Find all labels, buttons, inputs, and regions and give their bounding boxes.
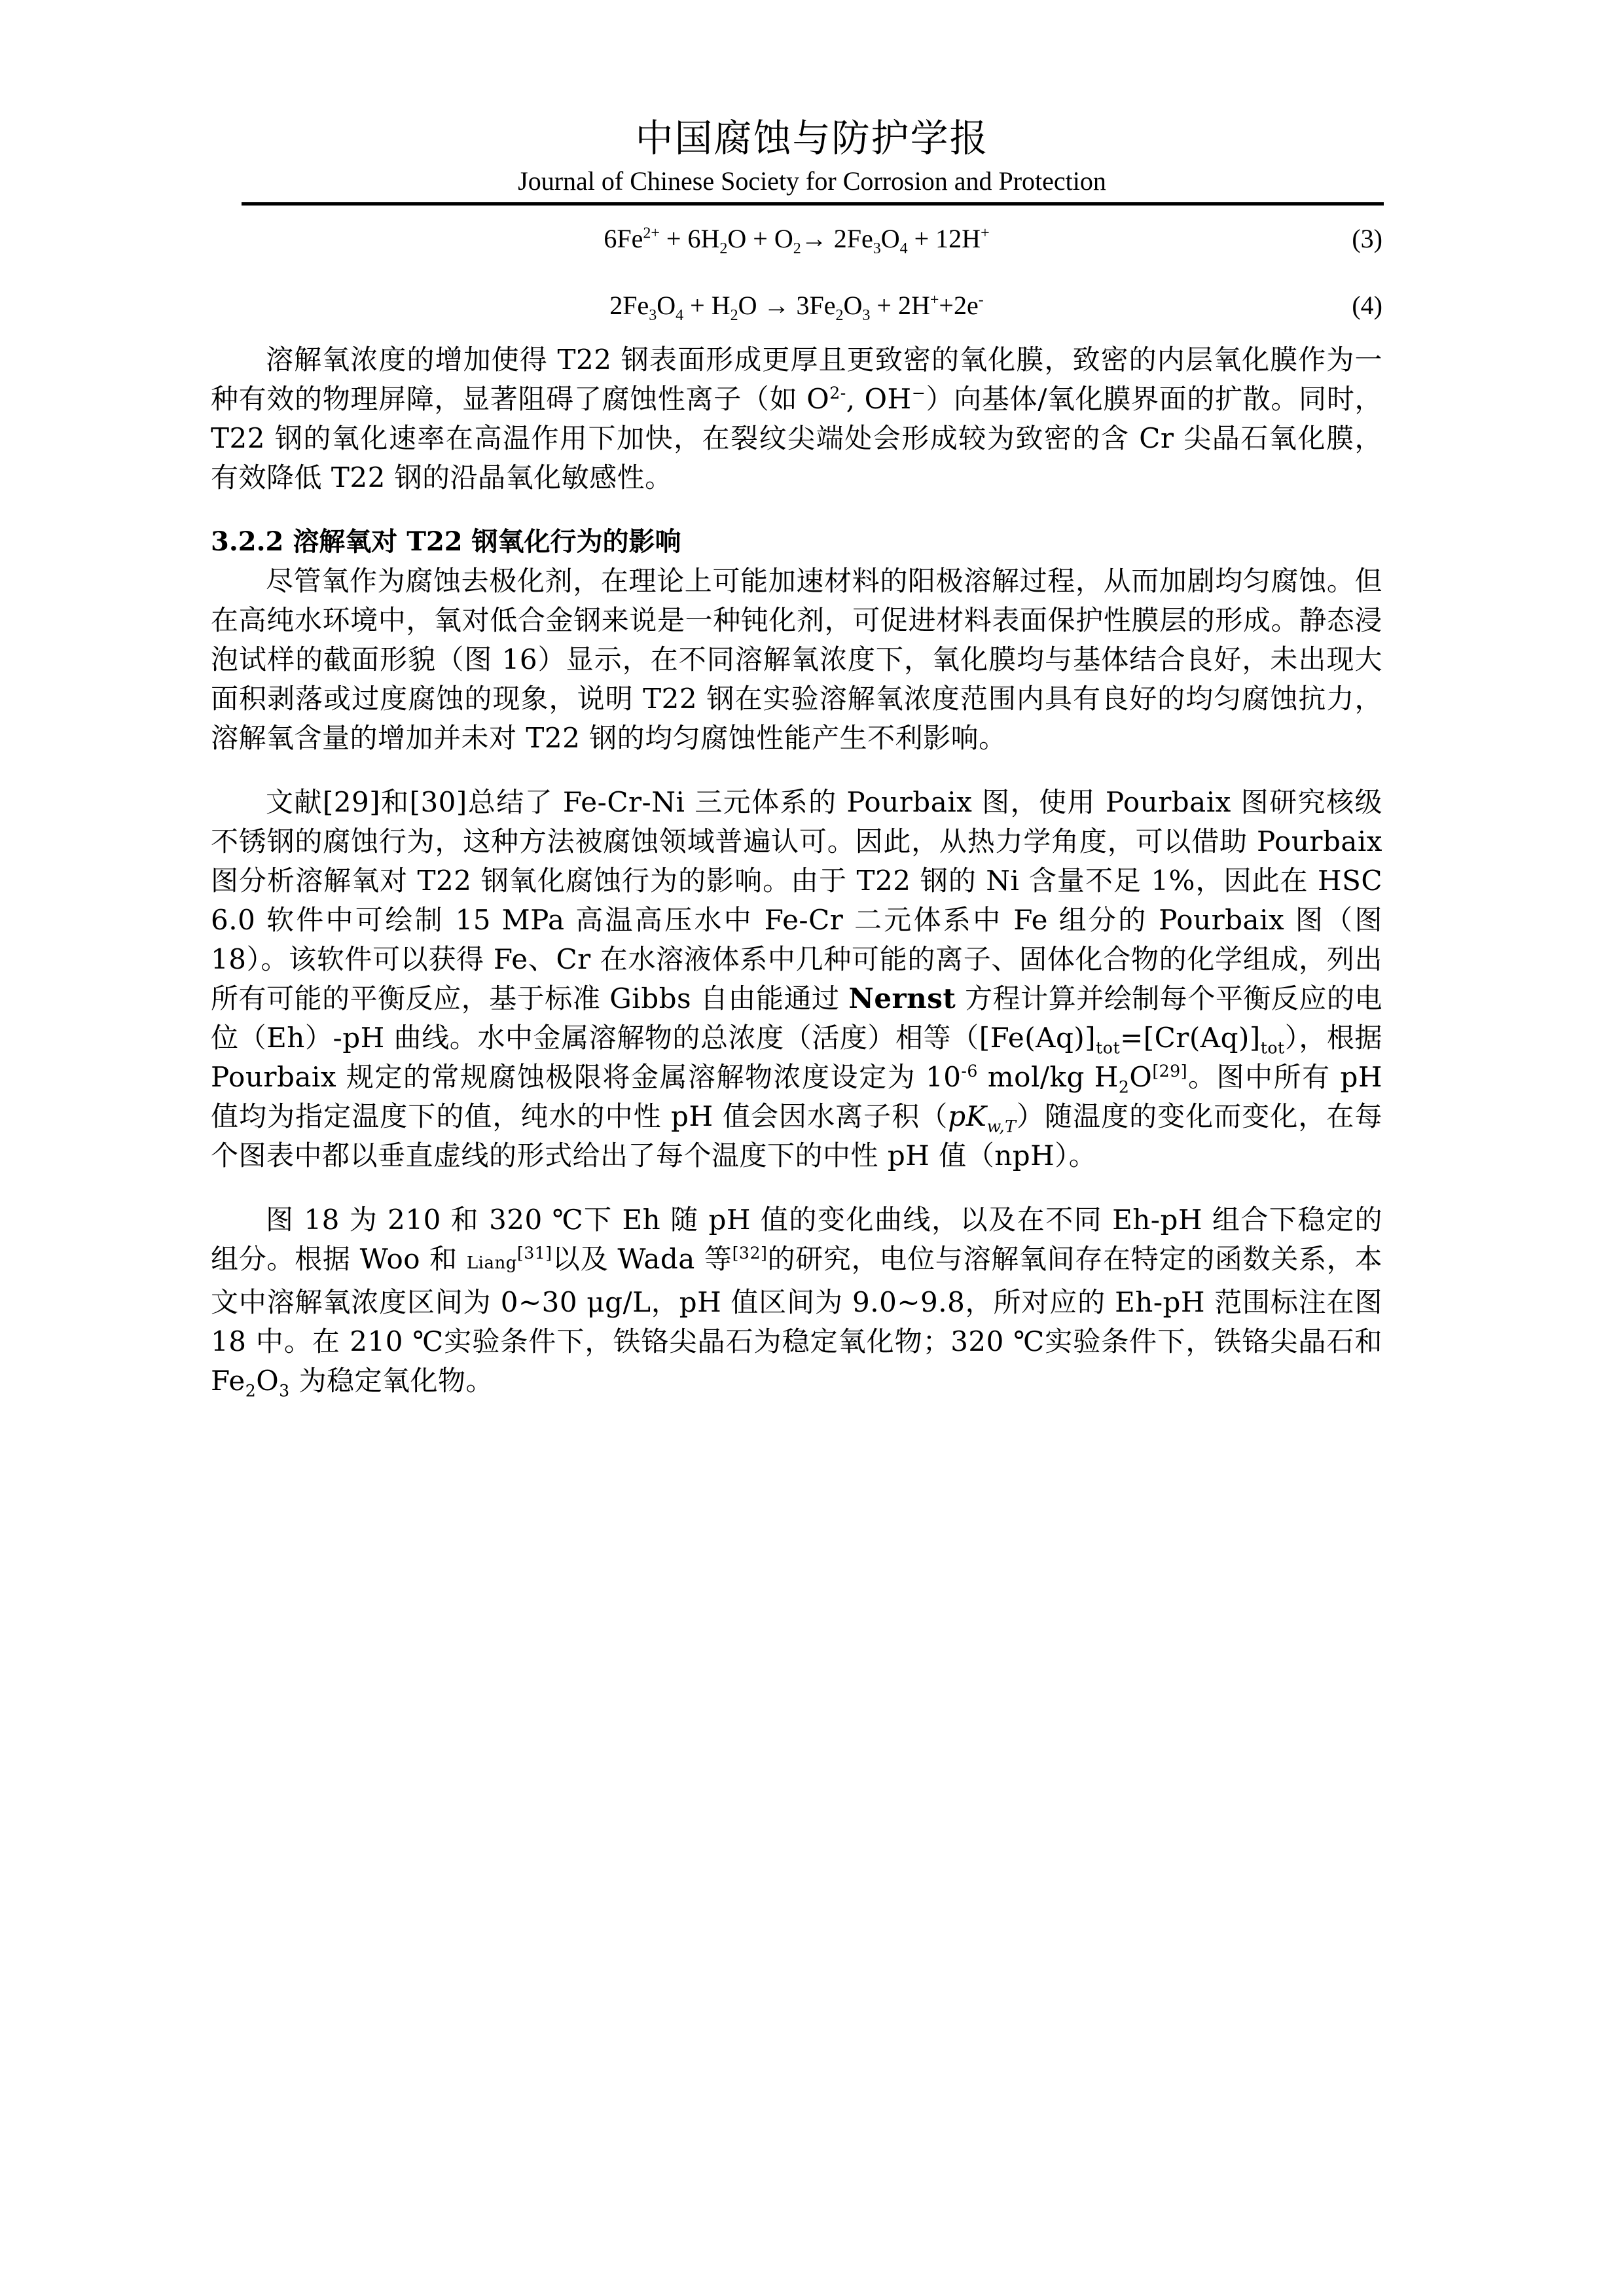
citation-31: [31] xyxy=(517,1244,552,1263)
paragraph-pourbaix-method: 文献[29]和[30]总结了 Fe-Cr-Ni 三元体系的 Pourbaix 图… xyxy=(211,783,1382,1175)
eq-text: + H xyxy=(683,291,730,320)
superscript: -6 xyxy=(961,1062,978,1081)
equation-number: (4) xyxy=(1352,286,1382,325)
pk-symbol: pK xyxy=(948,1100,986,1132)
text-run: 为稳定氧化物。 xyxy=(290,1365,494,1397)
eq-text: 2Fe xyxy=(609,291,649,320)
eq-text: O → 3Fe xyxy=(738,291,836,320)
journal-title-chinese: 中国腐蚀与防护学报 xyxy=(0,115,1624,161)
eq-sub: 4 xyxy=(900,240,908,257)
eq-text: + 6H xyxy=(660,224,719,253)
equation-number: (3) xyxy=(1352,219,1382,259)
header-divider xyxy=(242,202,1384,206)
text-run: O xyxy=(1129,1061,1152,1093)
eq-sub: 2 xyxy=(793,240,801,257)
equation-formula: 2Fe3O4 + H2O → 3Fe2O3 + 2H++2e- xyxy=(211,286,1382,325)
citation-32: [32] xyxy=(732,1244,768,1263)
superscript: − xyxy=(912,384,926,403)
subscript: 3 xyxy=(279,1381,290,1400)
text-run: =[Cr(Aq)] xyxy=(1120,1022,1261,1054)
eq-text: O + O xyxy=(727,224,793,253)
eq-sup: - xyxy=(979,292,984,309)
journal-title-english: Journal of Chinese Society for Corrosion… xyxy=(0,166,1624,197)
eq-text: O xyxy=(844,291,863,320)
eq-sub: 2 xyxy=(836,307,844,324)
nernst-term: Nernst xyxy=(848,982,956,1014)
section-heading-3-2-2: 3.2.2 溶解氧对 T22 钢氧化行为的影响 xyxy=(211,522,1382,562)
citation-29: [29] xyxy=(1152,1062,1187,1081)
eq-text: → 2Fe xyxy=(801,224,873,253)
eq-text: + 12H xyxy=(908,224,981,253)
text-run: O xyxy=(256,1365,279,1397)
eq-text: 6Fe xyxy=(604,224,643,253)
equation-4: 2Fe3O4 + H2O → 3Fe2O3 + 2H++2e- (4) xyxy=(211,286,1382,325)
eq-text: O xyxy=(881,224,900,253)
eq-sub: 4 xyxy=(676,307,683,324)
subscript: 2 xyxy=(245,1381,257,1400)
text-run: 以及 Wada 等 xyxy=(552,1243,732,1275)
equation-3: 6Fe2+ + 6H2O + O2→ 2Fe3O4 + 12H+ (3) xyxy=(211,219,1382,259)
eq-sub: 2 xyxy=(731,307,738,324)
eq-text: + 2H xyxy=(870,291,929,320)
eq-text: O xyxy=(657,291,676,320)
paragraph-oxide-film: 溶解氧浓度的增加使得 T22 钢表面形成更厚且更致密的氧化膜，致密的内层氧化膜作… xyxy=(211,340,1382,497)
eq-sub: 3 xyxy=(862,307,870,324)
eq-sup: 2+ xyxy=(643,225,660,242)
text-run: , OH xyxy=(846,383,912,415)
superscript: 2- xyxy=(829,384,846,403)
subscript: tot xyxy=(1261,1038,1285,1057)
eq-sub: 3 xyxy=(649,307,657,324)
equation-formula: 6Fe2+ + 6H2O + O2→ 2Fe3O4 + 12H+ xyxy=(211,219,1382,259)
paragraph-figure-18: 图 18 为 210 和 320 ℃下 Eh 随 pH 值的变化曲线，以及在不同… xyxy=(211,1200,1382,1401)
eq-sup: + xyxy=(930,292,939,309)
subscript: tot xyxy=(1096,1038,1120,1057)
eq-sub: 3 xyxy=(873,240,881,257)
text-run: mol/kg H xyxy=(978,1061,1119,1093)
text-run: 文献[29]和[30]总结了 Fe-Cr-Ni 三元体系的 Pourbaix 图… xyxy=(211,786,1382,1014)
author-liang: Liang xyxy=(467,1253,517,1273)
paragraph-oxygen-passivation: 尽管氧作为腐蚀去极化剂，在理论上可能加速材料的阳极溶解过程，从而加剧均匀腐蚀。但… xyxy=(211,562,1382,758)
eq-sub: 2 xyxy=(719,240,727,257)
article-body: 溶解氧浓度的增加使得 T22 钢表面形成更厚且更致密的氧化膜，致密的内层氧化膜作… xyxy=(211,340,1382,1401)
eq-sup: + xyxy=(981,225,990,242)
eq-text: +2e xyxy=(939,291,978,320)
subscript: w,T xyxy=(987,1117,1017,1136)
subscript: 2 xyxy=(1119,1077,1130,1096)
